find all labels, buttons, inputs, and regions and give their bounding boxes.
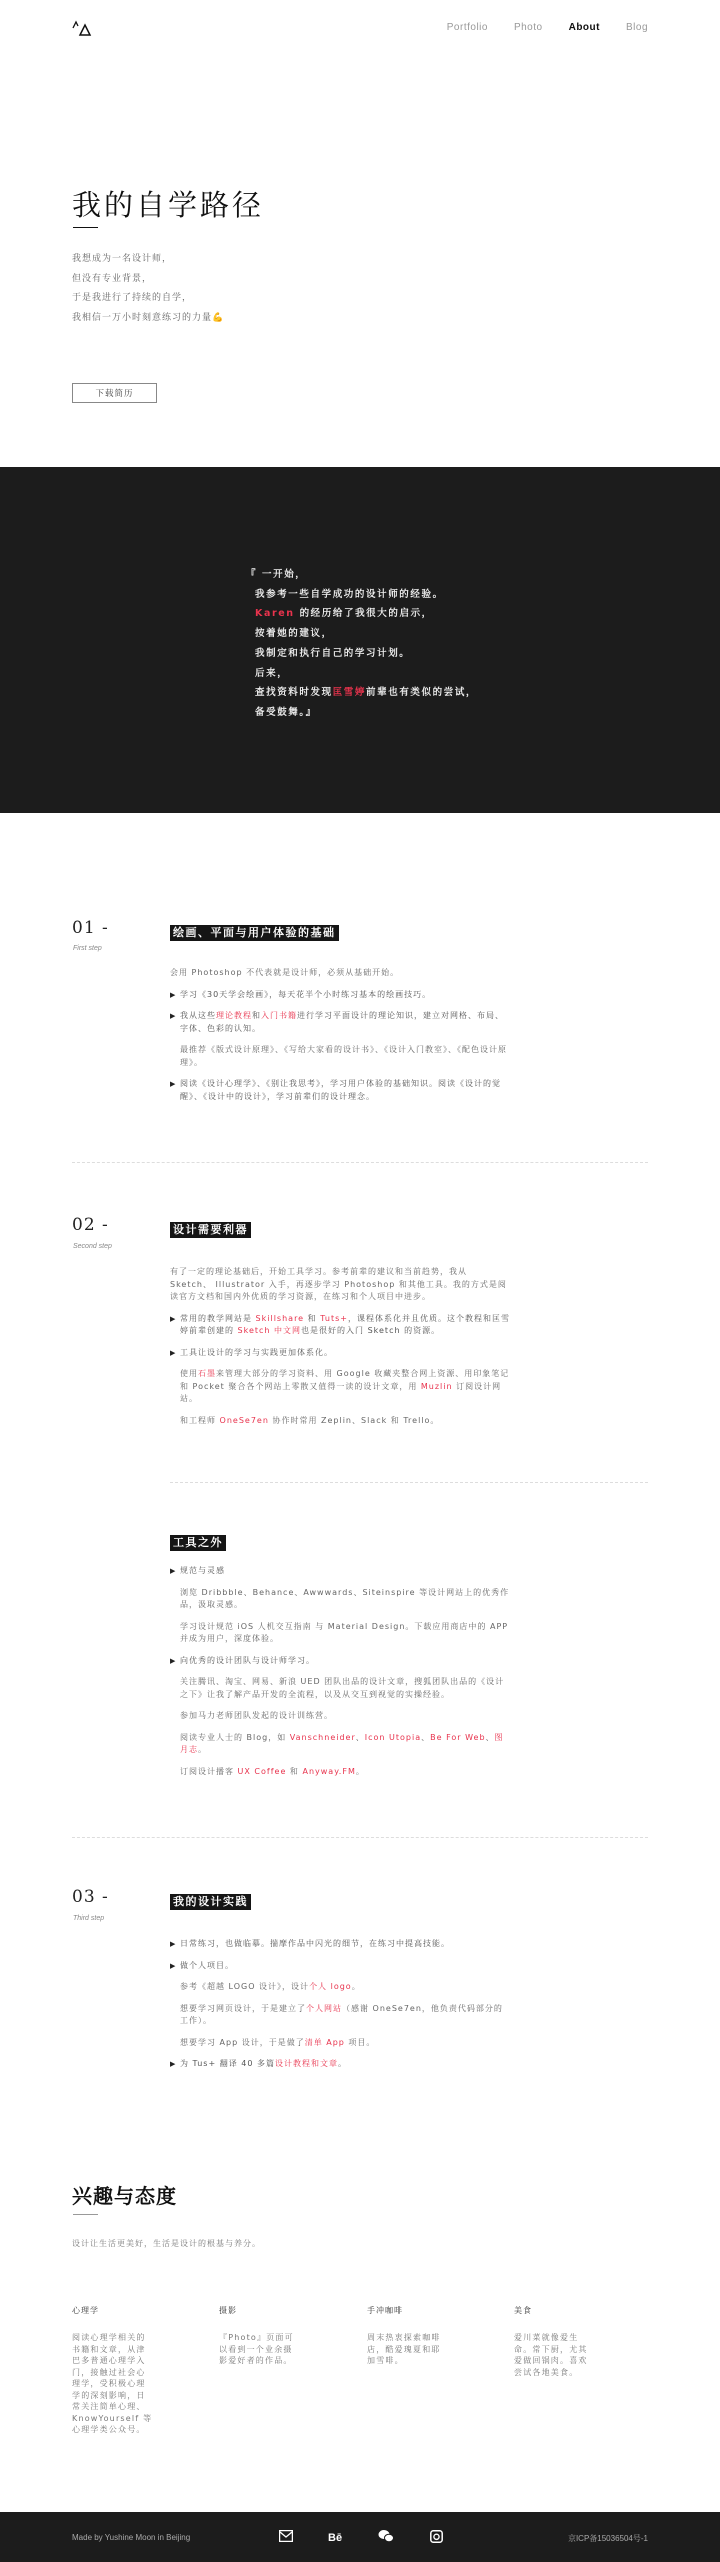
section-heading: 工具之外 [170,1535,226,1551]
sketch-cn-link[interactable]: Sketch 中文网 [238,1326,302,1335]
quote-line: 『 一开始， [246,565,477,585]
step-number: 02 - [72,1215,109,1235]
karen-link[interactable]: Karen [255,608,295,619]
list-item: 阅读《设计心理学》、《别让我思考》，学习用户体验的基础知识。阅读《设计的觉醒》、… [170,1078,510,1103]
step-subtitle: Second step [73,1243,112,1250]
step1-body: 会用 Photoshop 不代表就是设计师，必须从基础开始。 学习《30天学会绘… [170,967,510,1112]
skillshare-link[interactable]: Skillshare [256,1314,305,1323]
section-divider [72,1162,648,1163]
behance-icon[interactable]: Bē [328,2528,344,2544]
main-nav: Portfolio Photo About Blog [447,22,648,33]
list-item: 常用的教学网站是 Skillshare 和 Tuts+，课程体系化并且优质。这个… [170,1313,510,1338]
icp-license[interactable]: 京ICP备15036504号-1 [568,2533,648,2544]
title-underline [73,2214,98,2215]
site-footer: Made by Yushine Moon in Beijing Bē 京ICP备… [0,2512,720,2562]
section-divider [72,1837,648,1838]
list-item: 学习《30天学会绘画》，每天花半个小时练习基本的绘画技巧。 [170,989,510,1002]
tutorials-articles-link[interactable]: 设计教程和文章 [275,2059,338,2068]
interest-psychology: 心理学 阅读心理学相关的书籍和文章，从津巴多普通心理学入门，接触过社会心理学，受… [72,2305,154,2436]
list-item: 我从这些理论教程和入门书籍进行学习平面设计的理论知识，建立对网格、布局、字体、色… [170,1010,510,1035]
interest-coffee: 手冲咖啡 周末热衷探索咖啡店，酷爱瑰夏和耶加雪啡。 [367,2305,449,2367]
title-underline [73,227,98,228]
vanschneider-link[interactable]: Vanschneider [290,1733,356,1742]
muzlin-link[interactable]: Muzlin [421,1382,453,1391]
list-item: 做个人项目。 [170,1960,510,1973]
hero-line: 于是我进行了持续的自学， [72,289,224,309]
nav-blog[interactable]: Blog [626,22,648,33]
section-heading: 设计需要利器 [170,1222,251,1238]
quote-line: 我参考一些自学成功的设计师的经验。 [246,585,477,605]
beyond-body: 规范与灵感 浏览 Dribbble、Behance、Awwwards、Sitei… [170,1565,510,1787]
icon-utopia-link[interactable]: Icon Utopia [365,1733,421,1742]
hero-line: 但没有专业背景， [72,270,224,290]
onese7en-link[interactable]: OneSe7en [220,1416,269,1425]
mail-icon[interactable] [278,2528,294,2544]
nav-photo[interactable]: Photo [514,22,543,33]
shimo-link[interactable]: 石墨 [198,1369,216,1378]
step-number: 03 - [72,1887,109,1907]
interests-title: 兴趣与态度 [72,2180,177,2209]
interest-food: 美食 爱川菜就像爱生命。常下厨，尤其爱做回锅肉。喜欢尝试各地美食。 [514,2305,596,2378]
nav-about[interactable]: About [569,22,600,33]
todo-app-link[interactable]: 清单 App [305,2038,345,2047]
personal-logo-link[interactable]: 个人 logo [309,1982,352,1991]
page-title: 我的自学路径 [72,183,264,224]
instagram-icon[interactable] [428,2528,444,2544]
intro-books-link[interactable]: 入门书籍 [261,1011,297,1020]
anyway-fm-link[interactable]: Anyway.FM [302,1767,355,1776]
be-for-web-link[interactable]: Be For Web [430,1733,485,1742]
step2-body: 有了一定的理论基础后，开始工具学习。参考前辈的建议和当前趋势，我从 Sketch… [170,1266,510,1436]
step-number: 01 - [72,918,109,938]
list-item: 规范与灵感 [170,1565,510,1578]
kuang-xueting-link[interactable]: 匡雪婷 [333,687,366,698]
tutsplus-link[interactable]: Tuts+ [320,1314,348,1323]
interest-photography: 摄影 『Photo』页面可以看到一个业余摄影爱好者的作品。 [219,2305,301,2367]
social-icons: Bē [278,2528,444,2544]
step-subtitle: Third step [73,1915,104,1922]
quote-line: 备受鼓舞。』 [246,703,477,723]
theory-tutorials-link[interactable]: 理论教程 [216,1011,252,1020]
quote-line: 查找资料时发现匡雪婷前辈也有类似的尝试， [246,683,477,703]
list-item: 为 Tus+ 翻译 40 多篇设计教程和文章。 [170,2058,510,2071]
nav-portfolio[interactable]: Portfolio [447,22,488,33]
quote-line: 后来， [246,664,477,684]
personal-site-link[interactable]: 个人网站 [306,2004,342,2013]
site-header: Portfolio Photo About Blog [0,0,720,60]
step3-body: 日常练习，也做临摹。揣摩作品中闪光的细节，在练习中提高技能。 做个人项目。 参考… [170,1938,510,2080]
list-item: 向优秀的设计团队与设计师学习。 [170,1655,510,1668]
quote-line: Karen 的经历给了我很大的启示， [246,604,477,624]
step-subtitle: First step [73,945,102,952]
made-by-text: Made by Yushine Moon in Beijing [72,2533,190,2542]
download-resume-button[interactable]: 下载简历 [72,383,157,403]
section-divider [170,1482,648,1483]
quote-text: 『 一开始， 我参考一些自学成功的设计师的经验。 Karen 的经历给了我很大的… [246,565,477,723]
quote-line: 我制定和执行自己的学习计划。 [246,644,477,664]
section-heading: 我的设计实践 [170,1894,251,1910]
svg-text:Bē: Bē [328,2532,342,2542]
section-heading: 绘画、平面与用户体验的基础 [170,925,339,941]
hero-line: 我相信一万小时刻意练习的力量💪 [72,309,224,329]
ux-coffee-link[interactable]: UX Coffee [238,1767,287,1776]
list-item: 日常练习，也做临摹。揣摩作品中闪光的细节，在练习中提高技能。 [170,1938,510,1951]
list-item: 工具让设计的学习与实践更加体系化。 [170,1347,510,1360]
quote-line: 按着她的建议， [246,624,477,644]
interests-description: 设计让生活更美好，生活是设计的根基与养分。 [72,2238,261,2249]
logo-icon[interactable] [72,20,94,36]
wechat-icon[interactable] [378,2528,394,2544]
hero-line: 我想成为一名设计师， [72,250,224,270]
about-page: Portfolio Photo About Blog 我的自学路径 我想成为一名… [0,0,720,2562]
hero-intro: 我想成为一名设计师， 但没有专业背景， 于是我进行了持续的自学， 我相信一万小时… [72,250,224,328]
